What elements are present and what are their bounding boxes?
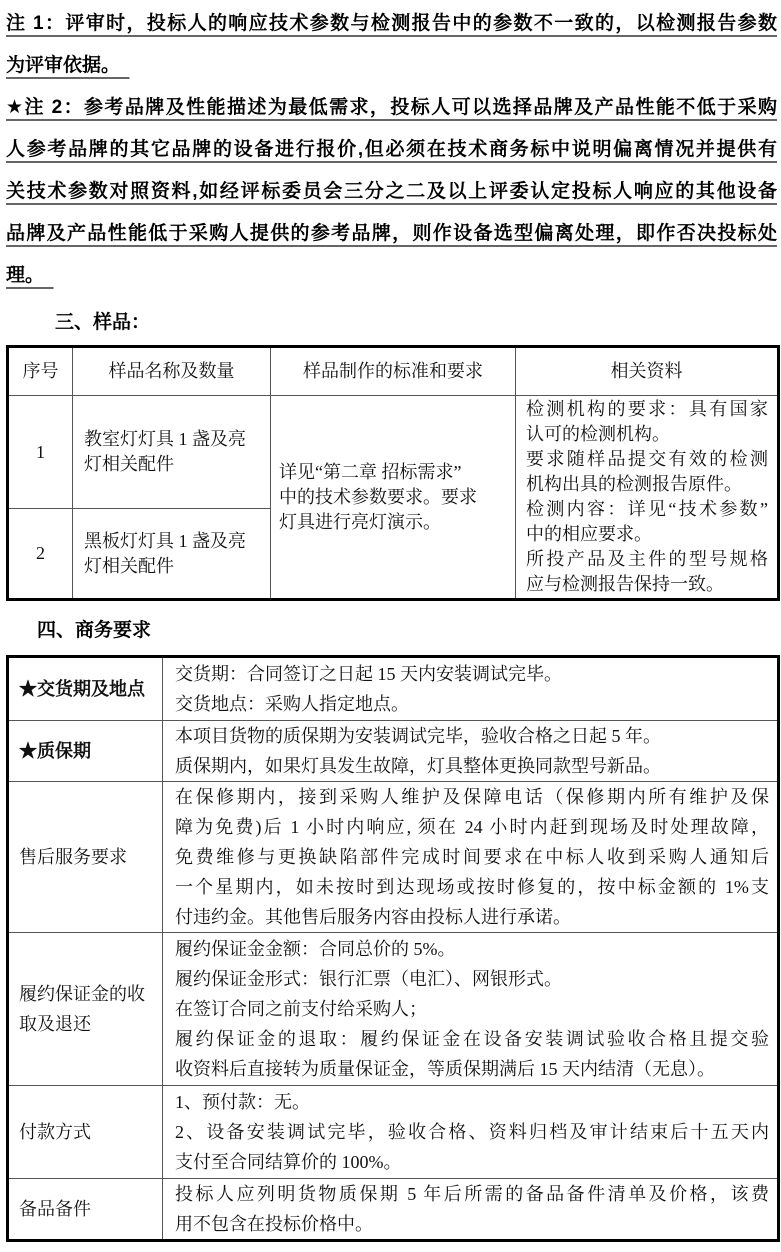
business-row-label: 付款方式 (8, 1086, 163, 1179)
business-row-value: 履约保证金金额：合同总价的 5%。 履约保证金形式：银行汇票（电汇）、网银形式。… (163, 933, 779, 1086)
business-row-value: 投标人应列明货物质保期 5 年后所需的备品备件清单及价格，该费 用不包含在投标价… (163, 1179, 779, 1241)
value-line: 质保期内，如果灯具发生故障，灯具整体更换同款型号新品。 (175, 751, 769, 781)
related-line: 检测机构的要求：具有国家 (526, 397, 768, 422)
value-line: 在签订合同之前支付给采购人； (175, 994, 769, 1024)
sample-2-no: 2 (8, 509, 73, 600)
value-line: 付违约金。其他售后服务内容由投标人进行承诺。 (175, 902, 769, 932)
business-row-value: 1、预付款：无。 2、设备安装调试完毕，验收合格、资料归档及审计结束后十五天内 … (163, 1086, 779, 1179)
note-2-line: ★注 2：参考品牌及性能描述为最低需求，投标人可以选择品牌及产品性能不低于采购 (6, 87, 777, 129)
samples-table: 序号 样品名称及数量 样品制作的标准和要求 相关资料 1 教室灯灯具 1 盏及亮… (6, 345, 780, 601)
table-row: ★交货期及地点 交货期：合同签订之日起 15 天内安装调试完毕。 交货地点：采购… (8, 657, 779, 721)
business-row-value: 在保修期内，接到采购人维护及保障电话（保修期内所有维护及保 障为免费)后 1 小… (163, 782, 779, 933)
table-row: 付款方式 1、预付款：无。 2、设备安装调试完毕，验收合格、资料归档及审计结束后… (8, 1086, 779, 1179)
value-line: 支付至合同结算价的 100%。 (175, 1147, 769, 1177)
table-row: 履约保证金的收取及退还 履约保证金金额：合同总价的 5%。 履约保证金形式：银行… (8, 933, 779, 1086)
business-table: ★交货期及地点 交货期：合同签订之日起 15 天内安装调试完毕。 交货地点：采购… (6, 655, 780, 1242)
sample-1-name-line: 灯相关配件 (84, 452, 266, 477)
note-2-line: 人参考品牌的其它品牌的设备进行报价,但必须在技术商务标中说明偏离情况并提供有 (6, 129, 777, 171)
document-page: 注 1：评审时，投标人的响应技术参数与检测报告中的参数不一致的，以检测报告参数 … (0, 0, 781, 1252)
related-line: 所投产品及主件的型号规格 (526, 547, 768, 572)
table-row: ★质保期 本项目货物的质保期为安装调试完毕，验收合格之日起 5 年。 质保期内，… (8, 721, 779, 782)
business-row-value: 本项目货物的质保期为安装调试完毕，验收合格之日起 5 年。 质保期内，如果灯具发… (163, 721, 779, 782)
table-row: 备品备件 投标人应列明货物质保期 5 年后所需的备品备件清单及价格，该费 用不包… (8, 1179, 779, 1241)
business-row-label: ★质保期 (8, 721, 163, 782)
sample-1-name: 教室灯灯具 1 盏及亮 灯相关配件 (73, 396, 271, 509)
sample-1-name-line: 教室灯灯具 1 盏及亮 (84, 427, 266, 452)
business-row-label: 履约保证金的收取及退还 (8, 933, 163, 1086)
value-line: 履约保证金形式：银行汇票（电汇）、网银形式。 (175, 964, 769, 994)
note-1: 注 1：评审时，投标人的响应技术参数与检测报告中的参数不一致的，以检测报告参数 … (6, 3, 777, 87)
related-line: 中的相应要求。 (526, 522, 768, 547)
value-line: 1、预付款：无。 (175, 1087, 769, 1117)
note-2: ★注 2：参考品牌及性能描述为最低需求，投标人可以选择品牌及产品性能不低于采购 … (6, 87, 777, 297)
value-line: 履约保证金的退取：履约保证金在设备安装调试验收合格且提交验 (175, 1024, 769, 1054)
standard-line: 灯具进行亮灯演示。 (279, 510, 511, 535)
note-1-line: 为评审依据。 (6, 45, 777, 87)
samples-header-row: 序号 样品名称及数量 样品制作的标准和要求 相关资料 (8, 347, 779, 396)
value-line: 本项目货物的质保期为安装调试完毕，验收合格之日起 5 年。 (175, 721, 769, 751)
samples-header-standard: 样品制作的标准和要求 (271, 347, 516, 396)
value-line: 交货期：合同签订之日起 15 天内安装调试完毕。 (175, 659, 769, 689)
samples-heading: 三、样品： (55, 309, 777, 337)
value-line: 2、设备安装调试完毕，验收合格、资料归档及审计结束后十五天内 (175, 1117, 769, 1147)
sample-1-no: 1 (8, 396, 73, 509)
note-1-line: 注 1：评审时，投标人的响应技术参数与检测报告中的参数不一致的，以检测报告参数 (6, 3, 777, 45)
sample-2-name-line: 黑板灯灯具 1 盏及亮 (84, 529, 266, 554)
business-heading: 四、商务要求 (37, 617, 777, 645)
standard-line: 详见“第二章 招标需求” (279, 460, 511, 485)
related-line: 机构出具的检测报告原件。 (526, 472, 768, 497)
value-line: 用不包含在投标价格中。 (175, 1209, 769, 1239)
related-line: 认可的检测机构。 (526, 422, 768, 447)
note-2-line: 品牌及产品性能低于采购人提供的参考品牌，则作设备选型偏离处理，即作否决投标处 (6, 213, 777, 255)
related-line: 检测内容：详见“技术参数” (526, 497, 768, 522)
samples-header-name: 样品名称及数量 (73, 347, 271, 396)
value-line: 交货地点：采购人指定地点。 (175, 689, 769, 719)
business-row-label: ★交货期及地点 (8, 657, 163, 721)
sample-standard-cell: 详见“第二章 招标需求” 中的技术参数要求。要求 灯具进行亮灯演示。 (271, 396, 516, 600)
sample-related-cell: 检测机构的要求：具有国家 认可的检测机构。 要求随样品提交有效的检测 机构出具的… (516, 396, 779, 600)
sample-2-name: 黑板灯灯具 1 盏及亮 灯相关配件 (73, 509, 271, 600)
related-line: 要求随样品提交有效的检测 (526, 447, 768, 472)
business-row-value: 交货期：合同签订之日起 15 天内安装调试完毕。 交货地点：采购人指定地点。 (163, 657, 779, 721)
note-2-line: 关技术参数对照资料,如经评标委员会三分之二及以上评委认定投标人响应的其他设备 (6, 171, 777, 213)
value-line: 履约保证金金额：合同总价的 5%。 (175, 934, 769, 964)
value-line: 投标人应列明货物质保期 5 年后所需的备品备件清单及价格，该费 (175, 1179, 769, 1209)
value-line: 免费维修与更换缺陷部件完成时间要求在中标人收到采购人通知后 (175, 842, 769, 872)
table-row: 售后服务要求 在保修期内，接到采购人维护及保障电话（保修期内所有维护及保 障为免… (8, 782, 779, 933)
value-line: 收资料后直接转为质量保证金，等质保期满后 15 天内结清（无息）。 (175, 1054, 769, 1084)
standard-line: 中的技术参数要求。要求 (279, 485, 511, 510)
table-row: 1 教室灯灯具 1 盏及亮 灯相关配件 详见“第二章 招标需求” 中的技术参数要… (8, 396, 779, 509)
samples-header-no: 序号 (8, 347, 73, 396)
samples-header-related: 相关资料 (516, 347, 779, 396)
note-2-line: 理。 (6, 255, 777, 297)
business-row-label: 售后服务要求 (8, 782, 163, 933)
value-line: 障为免费)后 1 小时内响应, 须在 24 小时内赶到现场及时处理故障， (175, 812, 769, 842)
value-line: 在保修期内，接到采购人维护及保障电话（保修期内所有维护及保 (175, 782, 769, 812)
business-row-label: 备品备件 (8, 1179, 163, 1241)
value-line: 一个星期内，如未按时到达现场或按时修复的，按中标金额的 1%支 (175, 872, 769, 902)
related-line: 应与检测报告保持一致。 (526, 572, 768, 597)
sample-2-name-line: 灯相关配件 (84, 554, 266, 579)
